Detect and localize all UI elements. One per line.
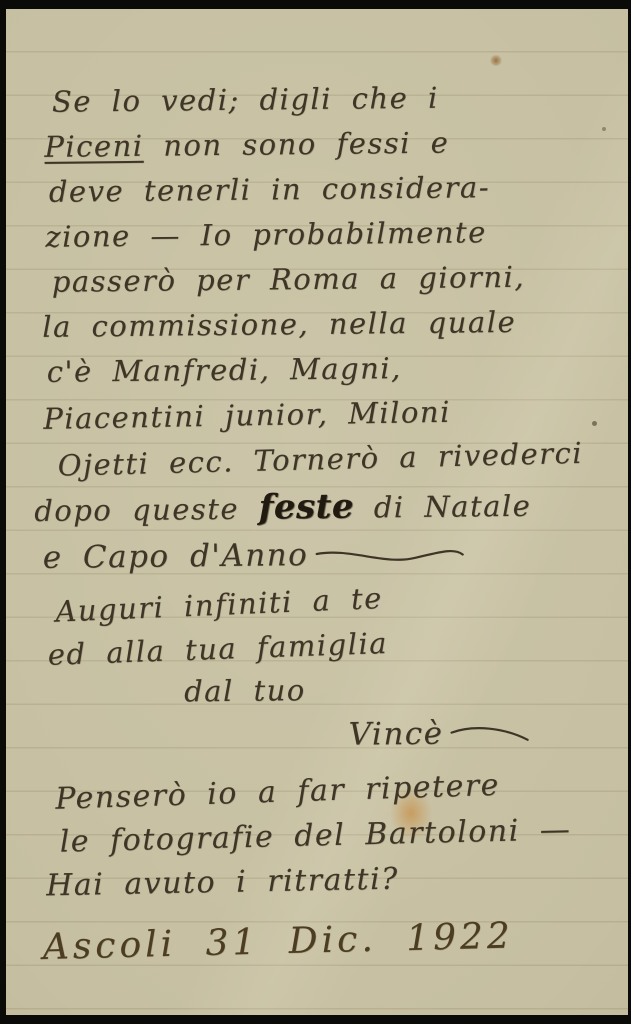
letter-line-5: passerò per Roma a giorni, bbox=[52, 254, 620, 305]
overwritten-word: feste bbox=[259, 487, 355, 528]
letter-line-1: Se lo vedi; digli che i bbox=[52, 74, 618, 125]
letter-signature: Vincè bbox=[348, 710, 624, 758]
pen-flourish-stroke bbox=[314, 544, 464, 568]
letter-body: Se lo vedi; digli che i Piceni non sono … bbox=[6, 9, 628, 970]
letter-paper-sheet: Se lo vedi; digli che i Piceni non sono … bbox=[6, 9, 628, 1015]
letter-line-6: la commissione, nella quale bbox=[42, 299, 620, 350]
line-text: di Natale bbox=[354, 489, 532, 525]
line-text: non sono fessi e bbox=[143, 126, 449, 163]
letter-line-10: dopo queste feste di Natale bbox=[34, 479, 623, 536]
letter-line-3: deve tenerli in considera- bbox=[49, 164, 619, 215]
signature-text: Vincè bbox=[348, 716, 443, 753]
underlined-word: Piceni bbox=[44, 129, 144, 164]
letter-closing: dal tuo bbox=[184, 665, 624, 715]
letter-line-4: zione — Io probabilmente bbox=[45, 209, 619, 260]
letter-line-7: c'è Manfredi, Magni, bbox=[47, 344, 621, 395]
letter-line-2: Piceni non sono fessi e bbox=[44, 119, 618, 170]
line-text: e Capo d'Anno bbox=[43, 537, 309, 576]
signature-flourish-stroke bbox=[449, 725, 529, 744]
letter-dateline: Ascoli 31 Dic. 1922 bbox=[42, 908, 627, 974]
line-text: dopo queste bbox=[34, 492, 259, 528]
